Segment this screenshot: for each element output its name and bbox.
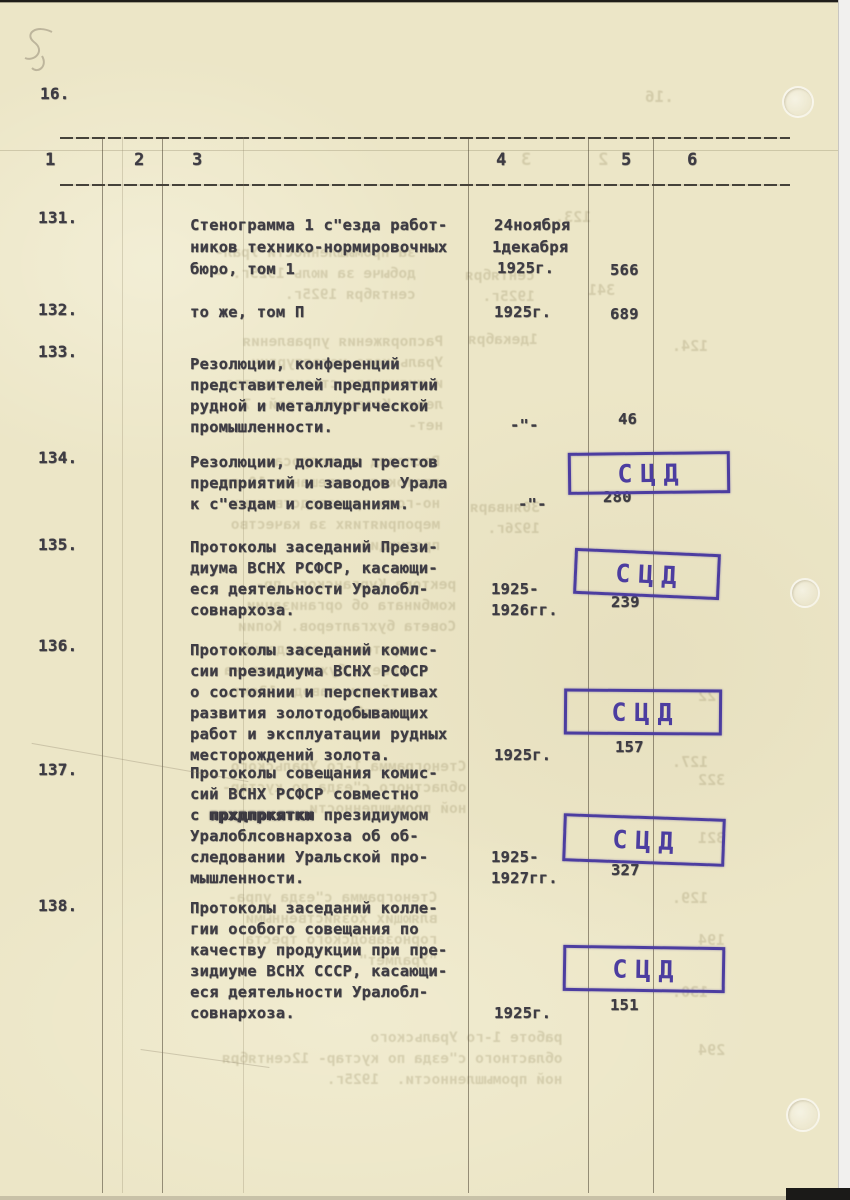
entry-description-line: промышленности.	[190, 418, 333, 436]
entry-description-line: Резолюции, доклады трестов	[190, 453, 438, 471]
entry-page-count: 46	[618, 410, 637, 428]
entry-number: 132.	[38, 300, 77, 319]
table-header-rule	[60, 184, 790, 186]
watermark-circle	[790, 578, 820, 608]
entry-description-line: Протоколы заседаний комис-	[190, 641, 438, 659]
entry-description-line: качеству продукции при пре-	[190, 941, 447, 959]
column-header-6: 6	[687, 150, 697, 170]
entry-number: 133.	[38, 342, 77, 361]
entry-description-line: то же, том П	[190, 303, 304, 321]
bleedthrough-text: 322	[698, 770, 725, 791]
table-column-line	[588, 137, 589, 1193]
entry-date-line: -"-	[510, 416, 539, 434]
entry-page-count: 689	[610, 305, 639, 323]
entry-description-line: к с"ездам и совещаниям.	[190, 495, 409, 513]
overtyped-word: прхдпркятки	[209, 806, 314, 824]
entry-description-line: Протоколы заседаний колле-	[190, 899, 438, 917]
pencil-mark	[12, 22, 64, 80]
watermark-circle	[786, 1098, 820, 1132]
bleedthrough-text: работе 1-го Уральского областного с"езда…	[222, 1028, 562, 1091]
table-header-rule	[60, 137, 790, 139]
entry-description-line: Протоколы совещания комис-	[190, 764, 438, 782]
entry-description-line: еся деятельности Уралобл-	[190, 983, 428, 1001]
entry-number: 134.	[38, 448, 77, 467]
table-column-line	[102, 137, 103, 1193]
entry-date-line: 1925-	[491, 580, 539, 598]
entry-description-line: предприятий и заводов Урала	[190, 474, 447, 492]
scan-edge-right	[838, 0, 850, 1200]
entry-description-line: совнархоза.	[190, 601, 295, 619]
entry-date-line: 1декабря	[492, 238, 568, 256]
bleedthrough-text: 1декабря	[468, 330, 538, 351]
entry-description-line: месторождений золота.	[190, 746, 390, 764]
entry-description-line: Резолюции, конференций	[190, 355, 400, 373]
entry-date-line: 24ноября	[494, 216, 570, 234]
entry-date-line: 1927гг.	[491, 869, 558, 887]
entry-description-line: диума ВСНХ РСФСР, касающи-	[190, 559, 438, 577]
scanned-archive-page: .16123.за промышленности Урал- добыче за…	[0, 0, 850, 1200]
scan-edge-bottom	[0, 1196, 786, 1200]
stamp-scd: СЦД	[568, 451, 730, 495]
entry-description-line: Уралоблсовнархоза об об-	[190, 827, 419, 845]
entry-page-count: 566	[610, 261, 639, 279]
scan-corner-dark	[786, 1188, 850, 1200]
entry-description-line: работ и эксплуатации рудных	[190, 725, 447, 743]
column-header-4: 4	[496, 150, 506, 170]
page-number: 16.	[40, 84, 70, 103]
entry-date-line: 1925г.	[494, 303, 551, 321]
entry-number: 135.	[38, 535, 77, 554]
bleedthrough-text: 294	[698, 1040, 725, 1061]
stamp-scd: СЦД	[563, 945, 726, 993]
entry-description-line: ников технико-нормировочных	[190, 238, 447, 256]
entry-date-line: 1925-	[491, 848, 539, 866]
entry-page-count: 151	[610, 996, 639, 1014]
entry-number: 136.	[38, 636, 77, 655]
table-column-line	[162, 137, 163, 1193]
bleedthrough-text: .16	[645, 86, 674, 107]
entry-number: 137.	[38, 760, 77, 779]
entry-date-line: 1925г.	[497, 259, 554, 277]
entry-description-line: Стенограмма 1 с"езда работ-	[190, 216, 447, 234]
entry-description-line: совнархоза.	[190, 1004, 295, 1022]
stamp-scd: СЦД	[564, 688, 722, 735]
entry-description-line: бюро, том 1	[190, 260, 295, 278]
bleedthrough-text: 3	[521, 150, 531, 171]
column-header-5: 5	[621, 150, 631, 170]
column-header-2: 2	[134, 150, 144, 170]
entry-description-line: развития золотодобывающих	[190, 704, 428, 722]
entry-description-line: сий ВСНХ РСФСР совместно	[190, 785, 419, 803]
bleedthrough-text: 341	[588, 280, 615, 301]
entry-description-line: зидиуме ВСНХ СССР, касающи-	[190, 962, 447, 980]
entry-description-line: представителей предприятий	[190, 376, 438, 394]
table-column-line	[468, 137, 469, 1193]
stamp-scd: СЦД	[573, 548, 721, 600]
entry-date-line: 1926гг.	[491, 601, 558, 619]
entry-description-line: еся деятельности Уралобл-	[190, 580, 428, 598]
entry-description-line: о состоянии и перспективах	[190, 683, 438, 701]
bleedthrough-column-line	[122, 137, 123, 1193]
column-header-3: 3	[192, 150, 202, 170]
entry-date-line: -"-	[518, 495, 547, 513]
table-column-line	[653, 137, 654, 1193]
entry-description-line: с прхдпркятки президиумом	[190, 806, 428, 824]
entry-description-line: следовании Уральской про-	[190, 848, 428, 866]
bleedthrough-text: 129.	[672, 888, 708, 909]
scan-edge-top-shadow	[0, 2, 850, 3]
entry-number: 131.	[38, 208, 77, 227]
entry-page-count: 157	[615, 738, 644, 756]
entry-description-line: гии особого совещания по	[190, 920, 419, 938]
bleedthrough-text: 2	[598, 150, 608, 171]
column-header-1: 1	[45, 150, 55, 170]
entry-description-line: сии президиума ВСНХ РСФСР	[190, 662, 428, 680]
stamp-scd: СЦД	[562, 813, 726, 867]
entry-description-line: мышленности.	[190, 869, 304, 887]
faint-rule	[0, 150, 850, 151]
watermark-circle	[782, 86, 814, 118]
entry-date-line: 1925г.	[494, 1004, 551, 1022]
bleedthrough-text: 124.	[672, 336, 708, 357]
entry-date-line: 1925г.	[494, 746, 551, 764]
entry-number: 138.	[38, 896, 77, 915]
entry-description-line: Протоколы заседаний Прези-	[190, 538, 438, 556]
entry-description-line: рудной и металлургической	[190, 397, 428, 415]
